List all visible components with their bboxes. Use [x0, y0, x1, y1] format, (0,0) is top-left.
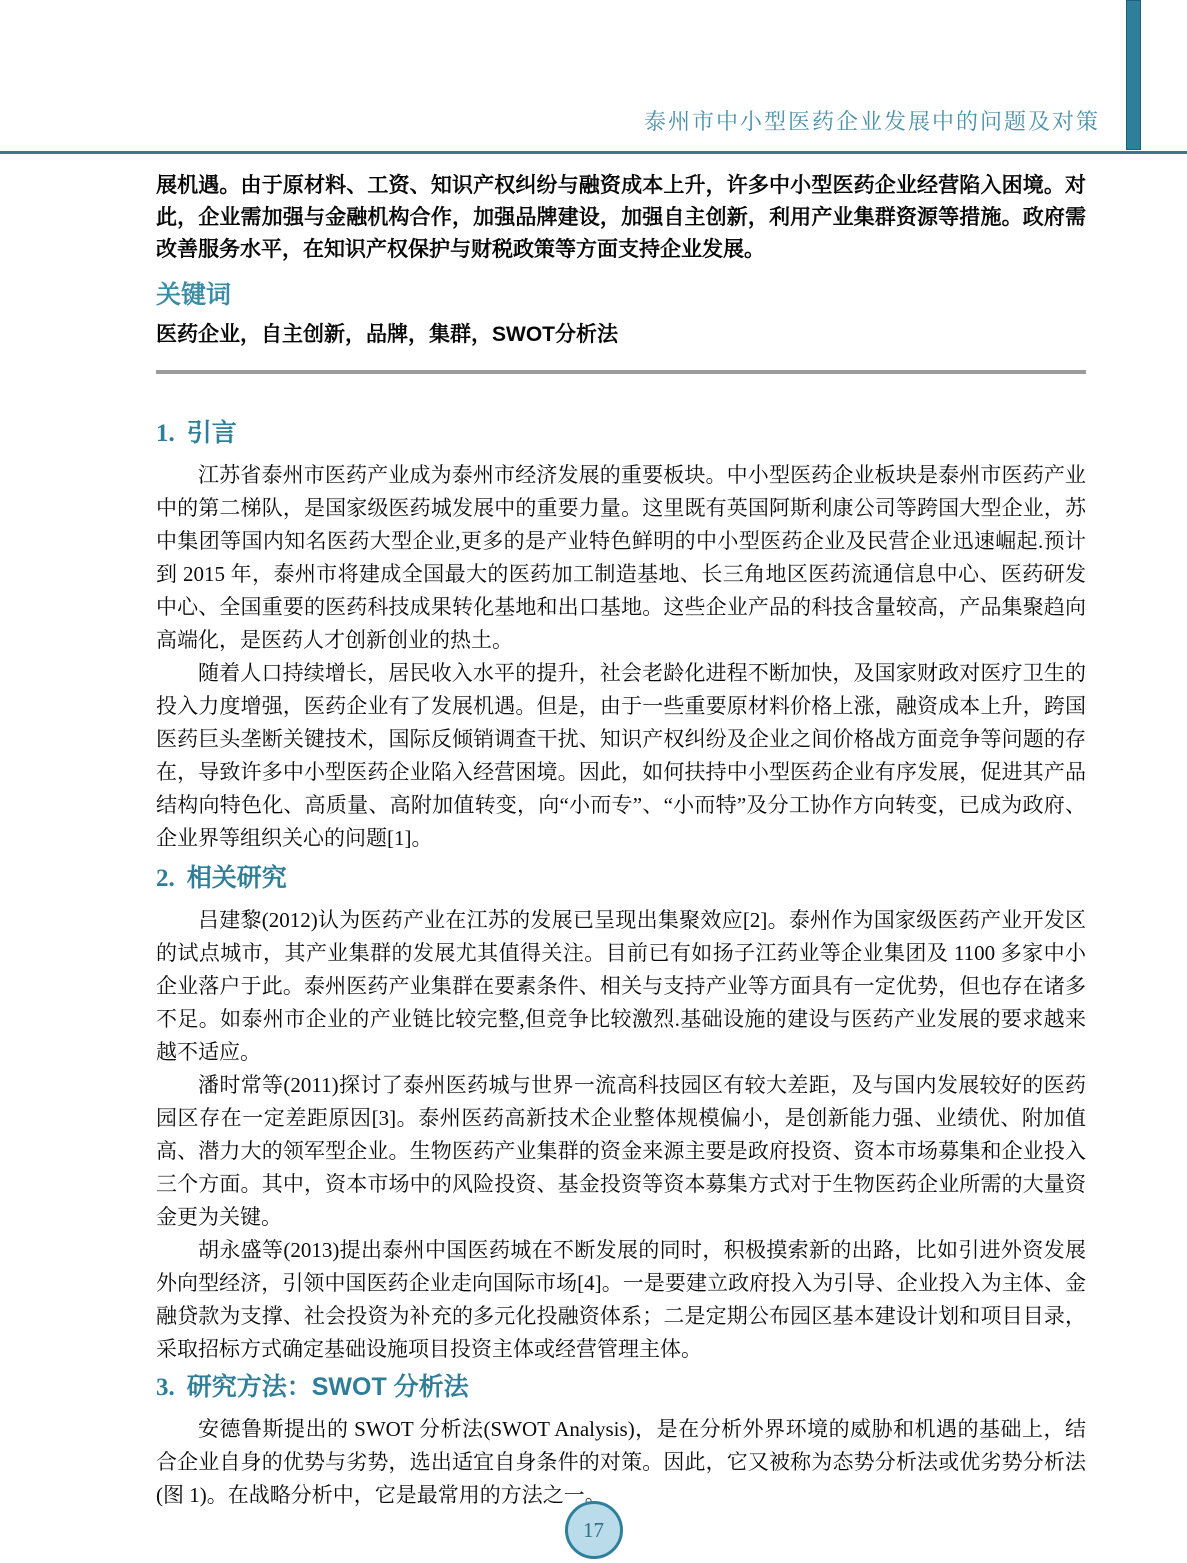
section-title: 研究方法：SWOT 分析法 [187, 1373, 469, 1401]
section-title: 引言 [187, 419, 237, 447]
section-number: 1. [156, 420, 175, 447]
section-heading: 2.相关研究 [156, 863, 1086, 894]
paragraph: 随着人口持续增长，居民收入水平的提升，社会老龄化进程不断加快，及国家财政对医疗卫… [156, 657, 1086, 855]
divider-rule [156, 370, 1086, 374]
section-related-work: 2.相关研究 吕建黎(2012)认为医药产业在江苏的发展已呈现出集聚效应[2]。… [156, 863, 1086, 1366]
paragraph: 潘时常等(2011)探讨了泰州医药城与世界一流高科技园区有较大差距，及与国内发展… [156, 1069, 1086, 1234]
keywords-heading: 关键词 [156, 280, 1086, 310]
page-content: 展机遇。由于原材料、工资、知识产权纠纷与融资成本上升，许多中小型医药企业经营陷入… [156, 154, 1086, 1518]
paragraph: 胡永盛等(2013)提出泰州中国医药城在不断发展的同时，积极摸索新的出路，比如引… [156, 1234, 1086, 1366]
paragraph: 江苏省泰州市医药产业成为泰州市经济发展的重要板块。中小型医药企业板块是泰州市医药… [156, 459, 1086, 657]
paragraph: 安德鲁斯提出的 SWOT 分析法(SWOT Analysis)，是在分析外界环境… [156, 1413, 1086, 1512]
section-methodology: 3.研究方法：SWOT 分析法 安德鲁斯提出的 SWOT 分析法(SWOT An… [156, 1372, 1086, 1512]
section-number: 3. [156, 1374, 175, 1401]
section-heading: 3.研究方法：SWOT 分析法 [156, 1372, 1086, 1403]
keywords-text: 医药企业，自主创新，品牌，集群，SWOT分析法 [156, 320, 1086, 350]
abstract-paragraph: 展机遇。由于原材料、工资、知识产权纠纷与融资成本上升，许多中小型医药企业经营陷入… [156, 170, 1086, 266]
running-header-title: 泰州市中小型医药企业发展中的问题及对策 [644, 105, 1100, 136]
page-number-badge: 17 [565, 1501, 623, 1559]
section-introduction: 1.引言 江苏省泰州市医药产业成为泰州市经济发展的重要板块。中小型医药企业板块是… [156, 418, 1086, 855]
side-accent-bar [1126, 0, 1141, 150]
section-number: 2. [156, 865, 175, 892]
paragraph: 吕建黎(2012)认为医药产业在江苏的发展已呈现出集聚效应[2]。泰州作为国家级… [156, 904, 1086, 1069]
page-number: 17 [583, 1518, 604, 1543]
section-heading: 1.引言 [156, 418, 1086, 449]
section-title: 相关研究 [187, 864, 287, 892]
